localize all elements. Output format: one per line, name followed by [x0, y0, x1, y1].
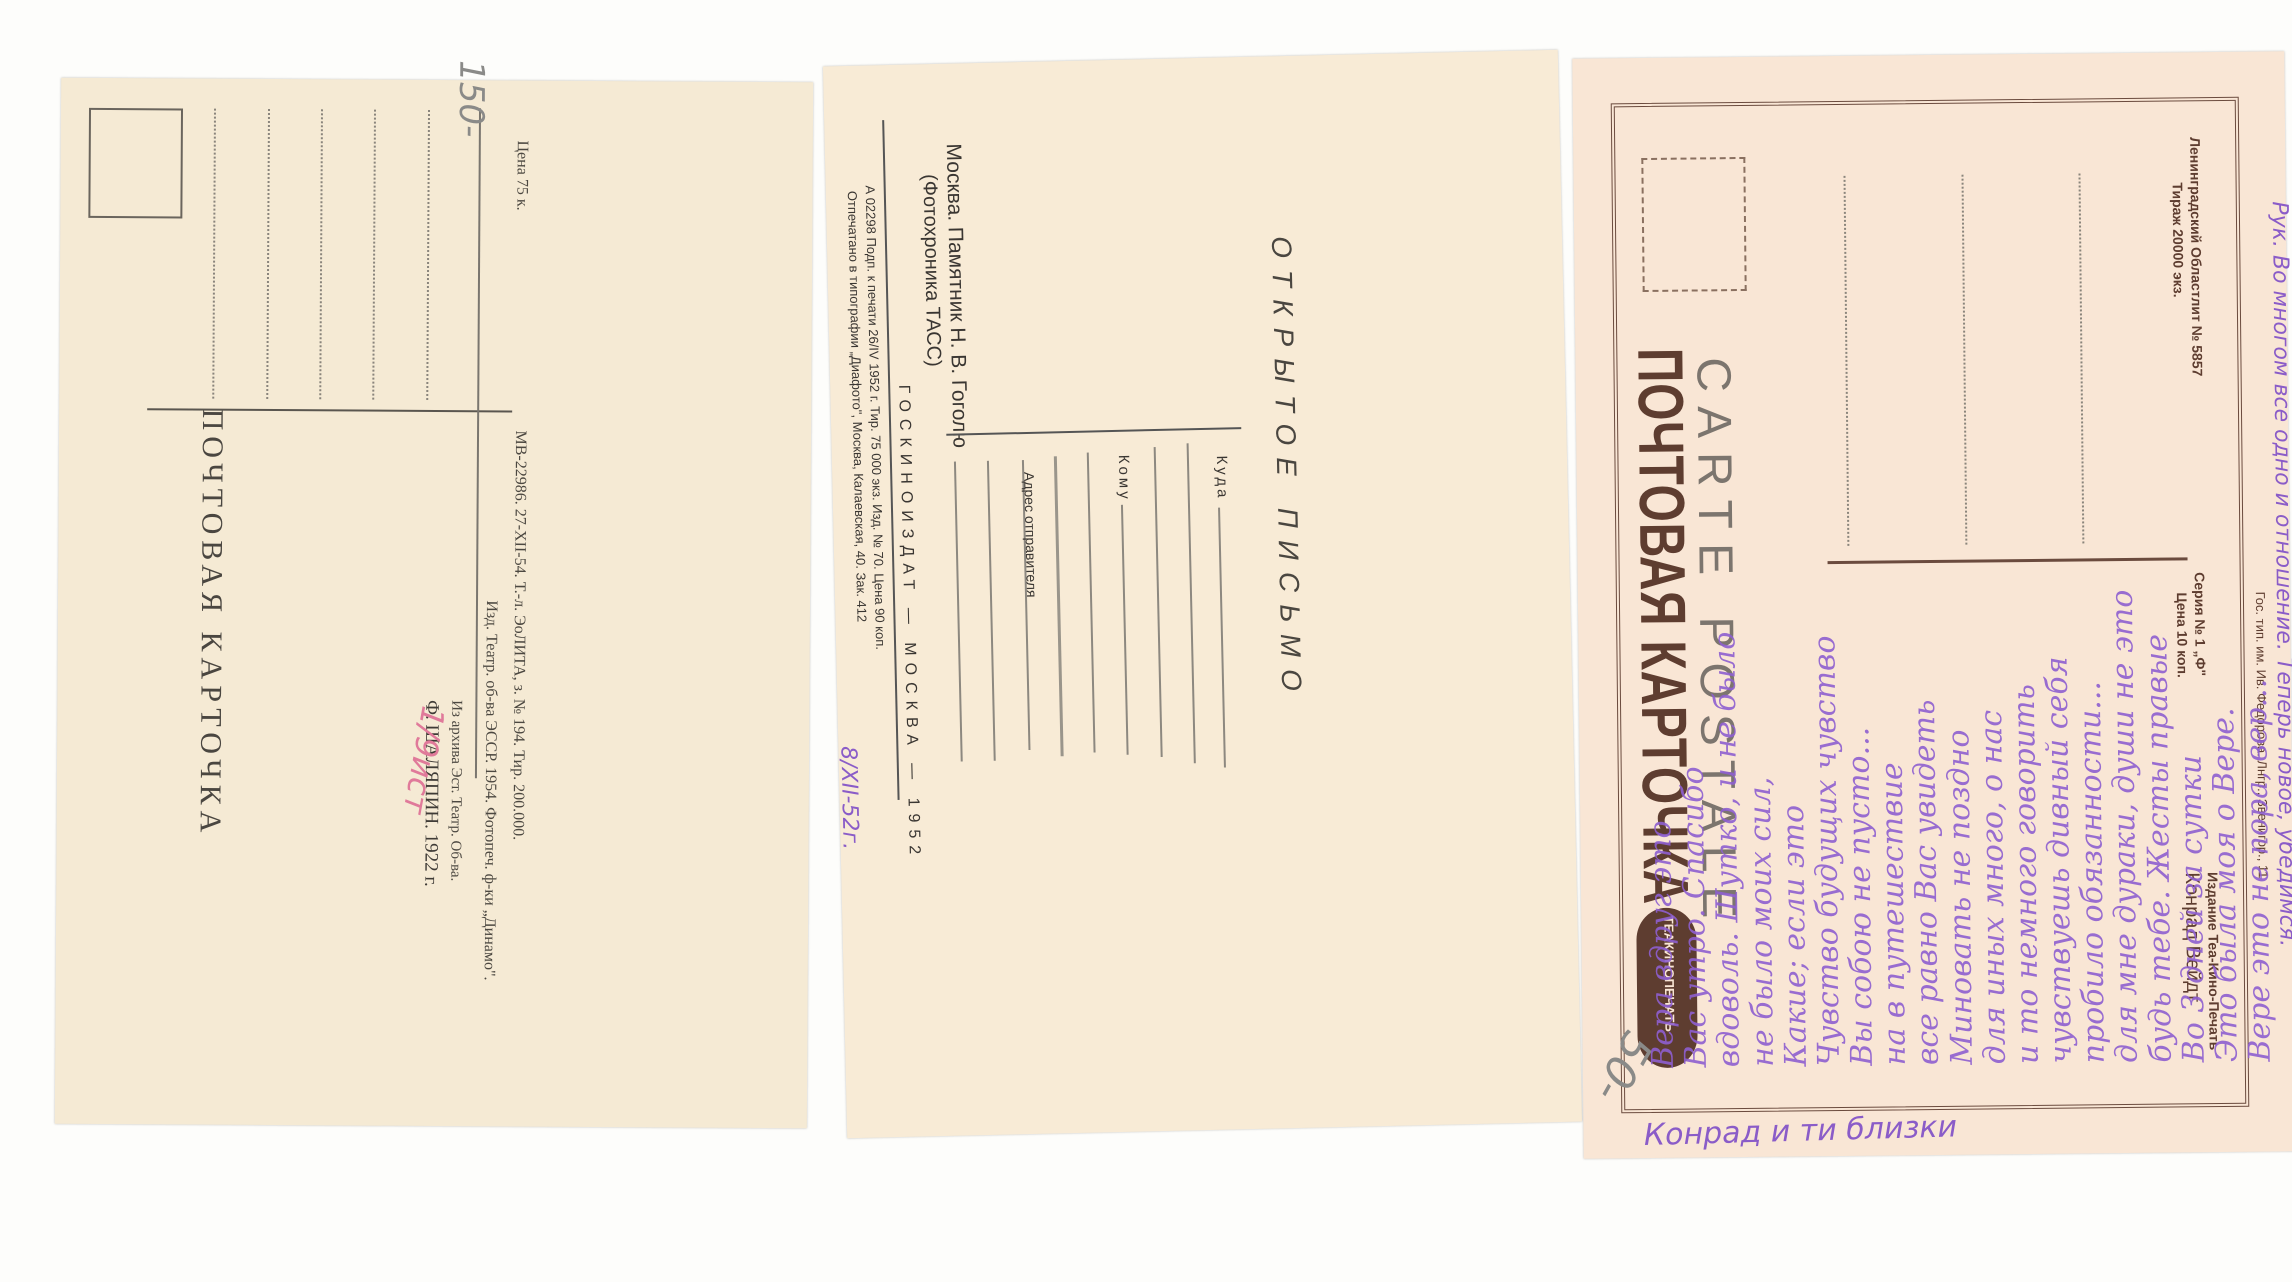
field-label-where: Куда [1213, 455, 1231, 500]
caption-line-2: (Фотохроника ТАСС) [917, 174, 944, 367]
stamp-placeholder-box [88, 108, 183, 219]
address-line [266, 109, 270, 399]
field-line[interactable] [954, 462, 963, 762]
handwriting-line: вдоволь. Шутко, и не было [1708, 631, 1748, 1067]
handwriting-line: Во 3 дней за сутки [2173, 755, 2211, 1063]
publisher-line: Изд. Театр. об-ва ЭССР. 1954. Фотопеч. ф… [480, 600, 500, 980]
field-line[interactable] [1187, 443, 1196, 763]
caption-line-1: Москва. Памятник Н. В. Гоголю [941, 143, 972, 448]
handwriting-line: Миновать не поздно [1941, 729, 1980, 1065]
handwriting-line: на в путешествие [1875, 762, 1913, 1065]
field-line-sender[interactable] [987, 461, 996, 761]
address-line [372, 110, 376, 400]
address-divider [946, 427, 1241, 436]
address-line [426, 110, 430, 400]
field-line-where[interactable] [1218, 508, 1226, 768]
field-line[interactable] [1154, 447, 1163, 757]
handwriting-line: будь тебе. Жесты правые [2139, 634, 2178, 1063]
postcard-gogol-monument: ОТКРЫТОЕ ПИСЬМО Москва. Памятник Н. В. Г… [823, 50, 1582, 1138]
handwriting-line: все равно Вас увидеть [1907, 699, 1946, 1065]
card1-title: ПОЧТОВАЯ КАРТОЧКА [193, 409, 230, 839]
field-line[interactable] [1087, 453, 1096, 753]
handwriting-line: Какие; если это [1776, 805, 1814, 1067]
field-line-to-whom[interactable] [1121, 505, 1129, 755]
handwriting-bottom: Конрад и ти близки [1643, 1109, 1957, 1153]
postcard-shalyapin: ПОЧТОВАЯ КАРТОЧКА Ф. ШАЛЯПИН. 1922 г. Из… [55, 78, 813, 1129]
ink-date-note: 8/XII-52г. [835, 746, 862, 850]
handwritten-message: Вере это не пора, вер...Это была моя о В… [1613, 102, 2263, 1109]
field-line[interactable] [1054, 456, 1064, 756]
handwriting-line: Чувство будущих чувство [1807, 635, 1847, 1066]
handwriting-line: Вы собою не пусто... [1841, 727, 1880, 1066]
address-line [212, 109, 216, 399]
handwriting-line: и то немного говорить [2007, 684, 2046, 1064]
print-line: МВ-22986. 27-XII-54. Т.-л. ЭоЛИТА, з. № … [509, 430, 530, 840]
field-label-sender: Адрес отправителя [1021, 472, 1040, 598]
postcard-conrad-veidt: ПОЧТОВАЯ КАРТОЧКА CARTE POSTALE ТЕАКИНОП… [1572, 51, 2292, 1158]
handwriting-line: Это была моя о Вере. [2206, 707, 2245, 1062]
caption-rule [475, 108, 481, 778]
handwriting-line: Вера вдруг это [1643, 820, 1681, 1068]
handwriting-line: для мне дураки, души не это [2105, 590, 2145, 1064]
pencil-price-note: 150- [451, 60, 491, 137]
handwriting-line: Вас утро. Спасибо [1676, 766, 1714, 1067]
address-line [319, 109, 323, 399]
field-label-to-whom: Кому [1115, 455, 1133, 502]
price: Цена 75 к. [512, 140, 530, 210]
handwriting-line: не было моих сил, [1742, 777, 1780, 1067]
handwriting-line: для иных много, о нас [1974, 710, 2013, 1065]
handwriting-line: чувствуешь дивный себя [2040, 656, 2079, 1064]
pink-ink-note: 1/9ист [395, 703, 452, 817]
handwriting-line: пробило обязанности... [2073, 681, 2112, 1064]
card2-title: ОТКРЫТОЕ ПИСЬМО [1265, 236, 1308, 703]
